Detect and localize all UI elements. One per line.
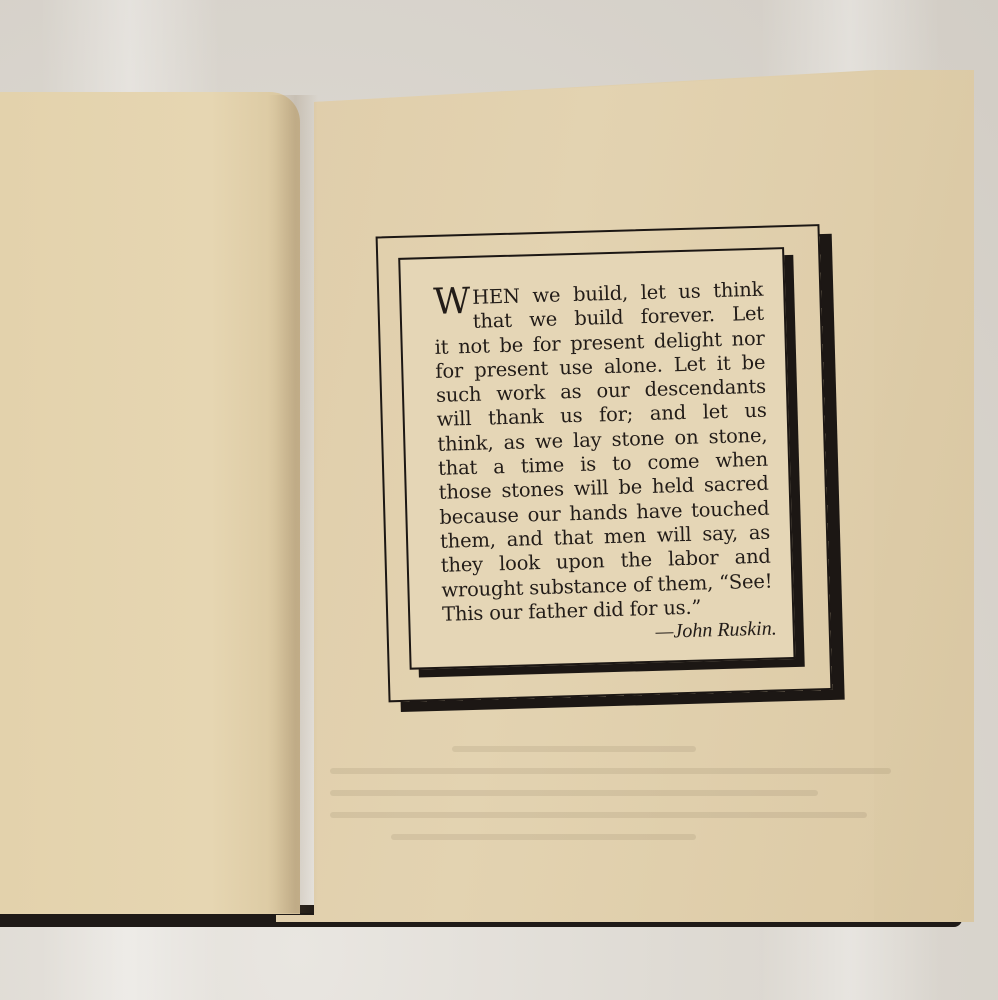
left-page-blank	[0, 92, 300, 914]
quote-attribution: —John Ruskin.	[655, 617, 777, 643]
drop-cap: W	[433, 290, 470, 315]
quote-frame: W HEN we build, let us think that we bui…	[375, 212, 849, 715]
quote-text: W HEN we build, let us think that we bui…	[433, 278, 772, 627]
inner-border: W HEN we build, let us think that we bui…	[398, 247, 795, 670]
book-gutter	[268, 95, 318, 913]
show-through-text	[330, 730, 940, 880]
